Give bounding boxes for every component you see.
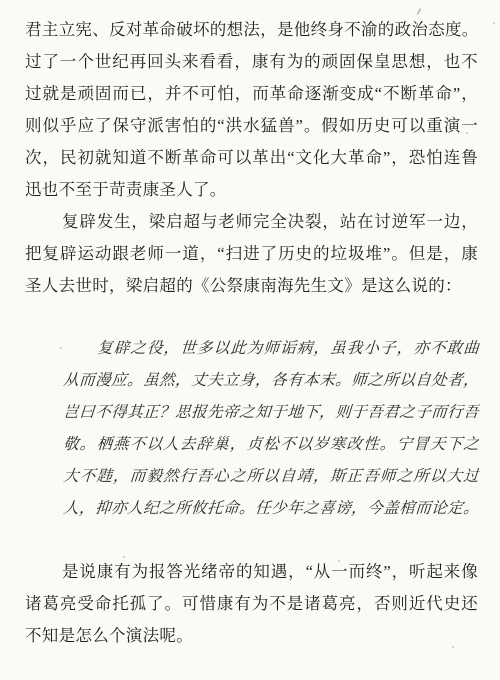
- quote-line: 人，抑亦人纪之所攸托命。任少年之喜谤，今盖棺而论定。: [62, 493, 480, 525]
- scan-speck: [60, 347, 62, 349]
- text-line: 迅也不至于苛责康圣人了。: [25, 174, 478, 206]
- scan-speck: [338, 560, 340, 562]
- text-line: 圣人去世时，梁启超的《公祭康南海先生文》是这么说的：: [25, 270, 478, 302]
- scan-speck: [466, 132, 468, 134]
- text-line: 过就是顽固而已，并不可怕，而革命逐渐变成“不断革命”，: [25, 78, 478, 110]
- paragraph-2: 复辟发生，梁启超与老师完全决裂，站在讨逆军一边， 把复辟运动跟老师一道，“扫进了…: [25, 206, 478, 302]
- book-page: 君主立宪、反对革命破坏的想法，是他终身不渝的政治态度。 过了一个世纪再回头来看看…: [0, 0, 500, 680]
- text-line: 复辟发生，梁启超与老师完全决裂，站在讨逆军一边，: [25, 206, 478, 238]
- text-line: 是说康有为报答光绪帝的知遇，“从一而终”，听起来像: [25, 556, 478, 588]
- text-line: 则似乎应了保守派害怕的“洪水猛兽”。假如历史可以重演一: [25, 110, 478, 142]
- block-quote: 复辟之役，世多以此为师诟病，虽我小子，亦不敢曲 从而漫应。虽然，丈夫立身，各有本…: [62, 333, 478, 525]
- scan-speck: [371, 352, 373, 354]
- paragraph-3: 是说康有为报答光绪帝的知遇，“从一而终”，听起来像 诸葛亮受命托孤了。可惜康有为…: [25, 556, 478, 652]
- text-line: 君主立宪、反对革命破坏的想法，是他终身不渝的政治态度。: [25, 14, 478, 46]
- scan-speck: [452, 646, 454, 648]
- text-line: 次，民初就知道不断革命可以革出“文化大革命”，恐怕连鲁: [25, 142, 478, 174]
- text-line: 把复辟运动跟老师一道，“扫进了历史的垃圾堆”。但是，康: [25, 238, 478, 270]
- quote-line: 敬。栖燕不以人去辞巢，贞松不以岁寒改性。宁冒天下之: [62, 429, 480, 461]
- scan-speck: [493, 22, 495, 24]
- quote-line: 大不韪，而毅然行吾心之所以自靖，斯正吾师之所以大过: [62, 461, 480, 493]
- paragraph-1: 君主立宪、反对革命破坏的想法，是他终身不渝的政治态度。 过了一个世纪再回头来看看…: [25, 14, 478, 206]
- quote-line: 从而漫应。虽然，丈夫立身，各有本末。师之所以自处者，: [62, 365, 480, 397]
- text-line: 不知是怎么个演法呢。: [25, 620, 478, 652]
- text-line: 诸葛亮受命托孤了。可惜康有为不是诸葛亮，否则近代史还: [25, 588, 478, 620]
- quote-line: 岂曰不得其正？思报先帝之知于地下，则于吾君之子而行吾: [62, 397, 480, 429]
- scan-speck: [123, 556, 125, 558]
- text-line: 过了一个世纪再回头来看看，康有为的顽固保皇思想，也不: [25, 46, 478, 78]
- quote-line: 复辟之役，世多以此为师诟病，虽我小子，亦不敢曲: [62, 333, 480, 365]
